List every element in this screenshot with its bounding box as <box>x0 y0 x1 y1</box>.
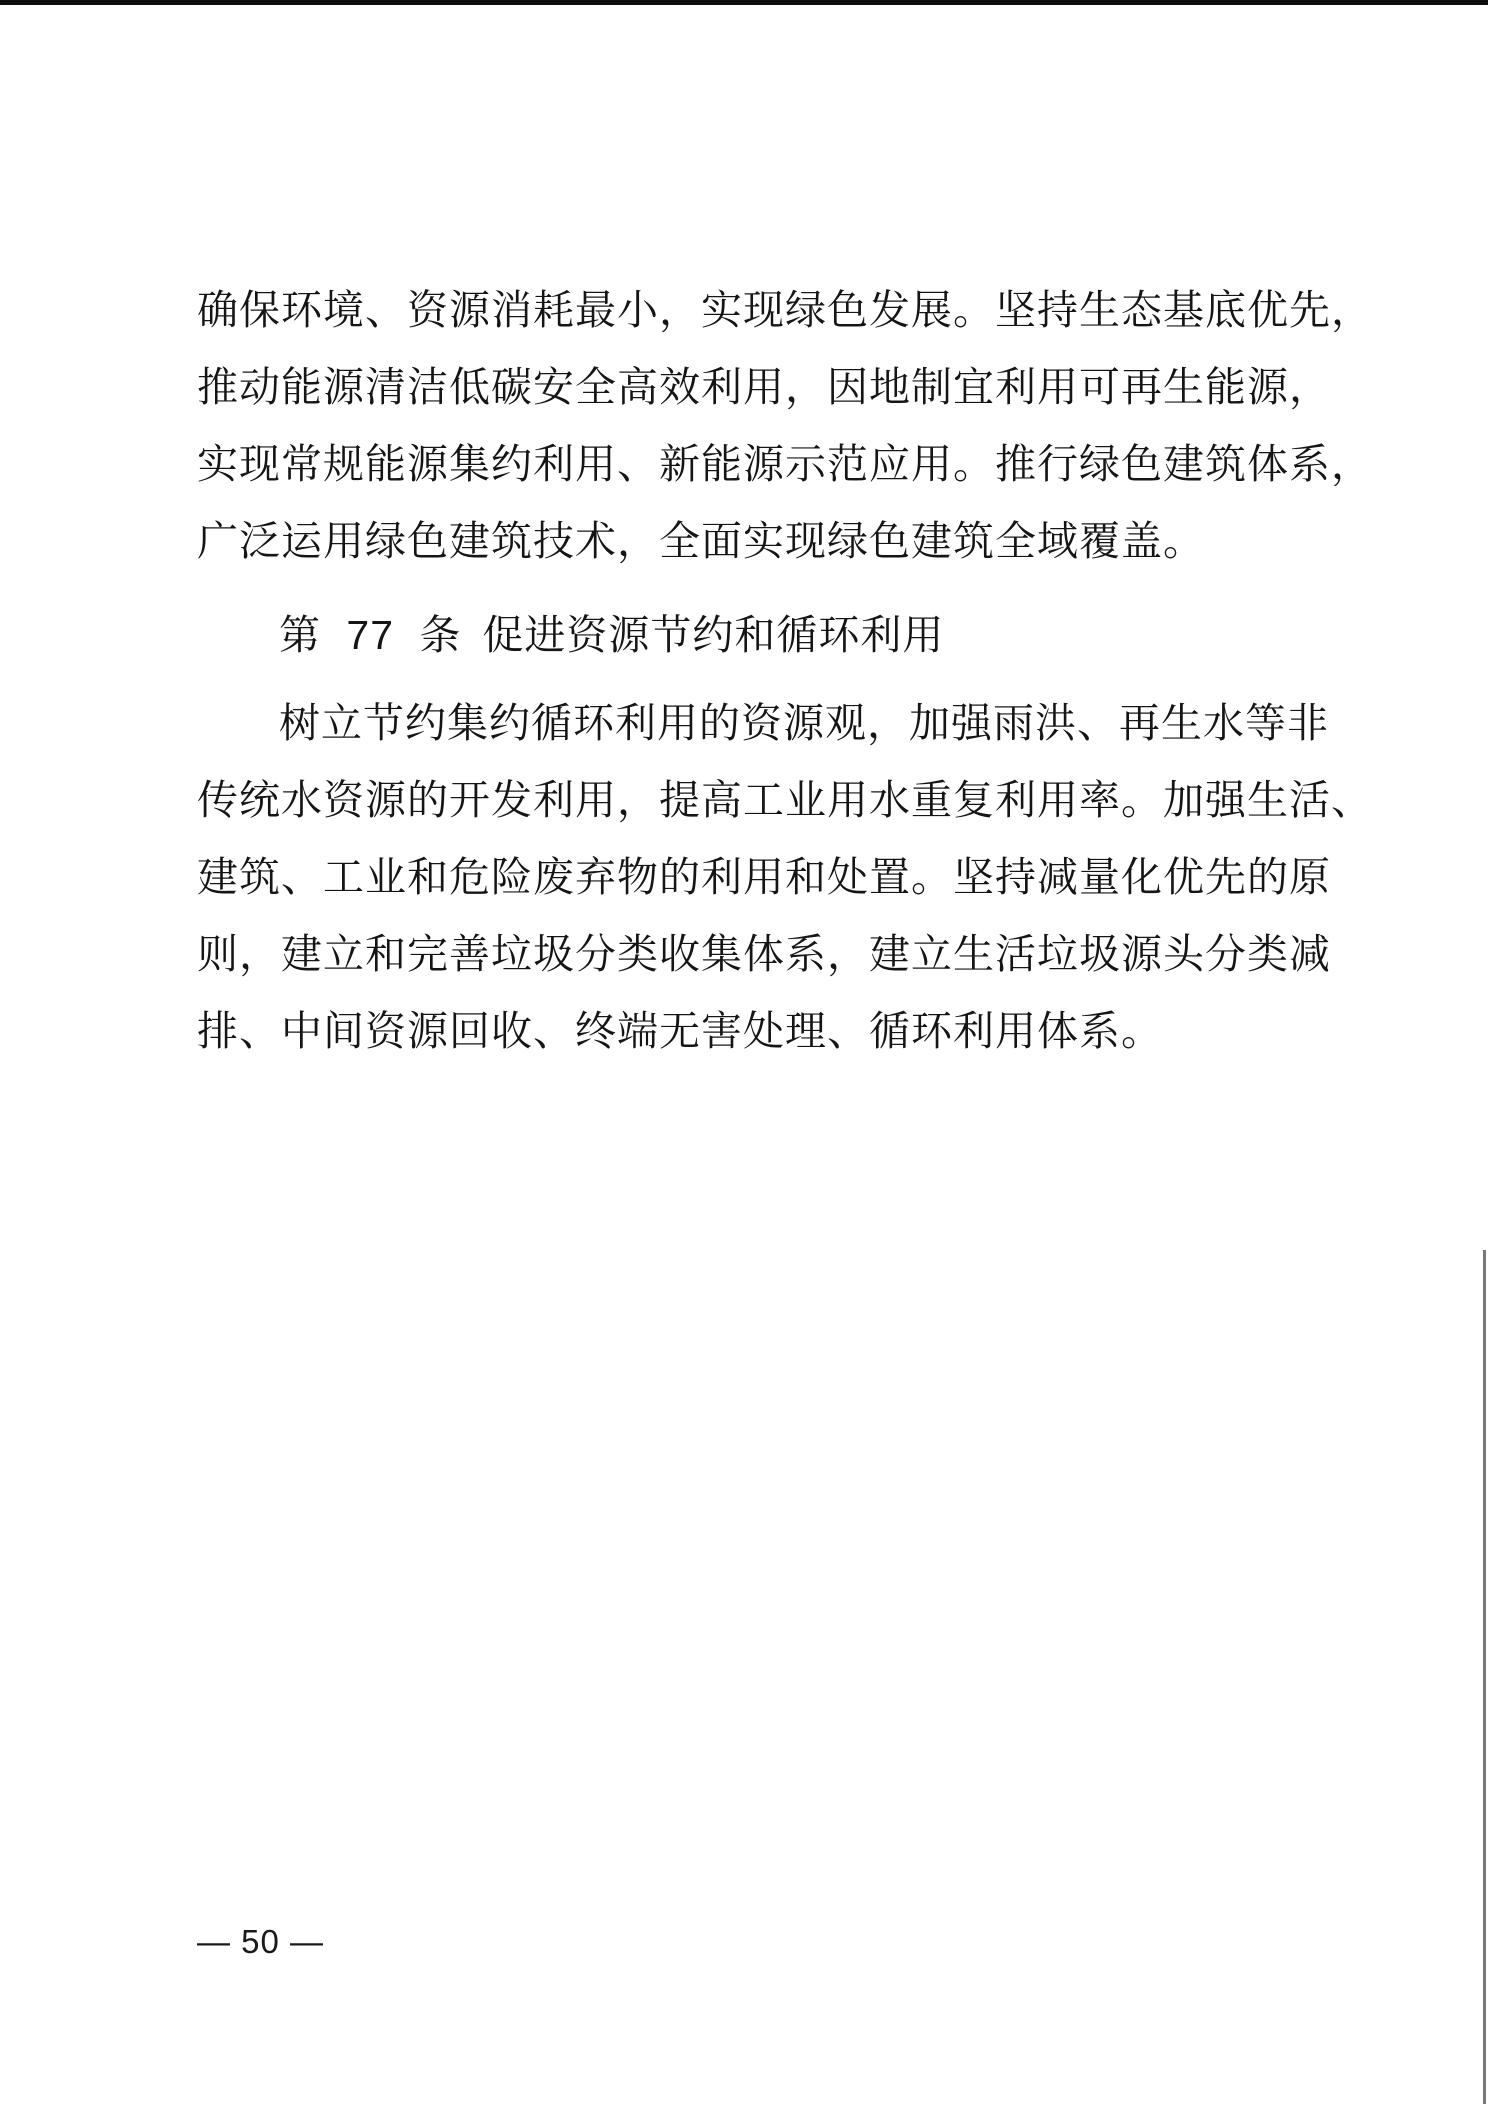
scan-edge-right-artifact <box>1483 1250 1486 2104</box>
paragraph-green-development: 确保环境、资源消耗最小，实现绿色发展。坚持生态基底优先， 推动能源清洁低碳安全高… <box>197 272 1327 580</box>
text-line: 实现常规能源集约利用、新能源示范应用。推行绿色建筑体系， <box>197 426 1327 503</box>
text-line: 推动能源清洁低碳安全高效利用，因地制宜利用可再生能源， <box>197 349 1327 426</box>
page-body: 确保环境、资源消耗最小，实现绿色发展。坚持生态基底优先， 推动能源清洁低碳安全高… <box>197 272 1327 1070</box>
paragraph-article-77: 树立节约集约循环利用的资源观，加强雨洪、再生水等非 传统水资源的开发利用，提高工… <box>197 685 1327 1070</box>
text-line: 广泛运用绿色建筑技术，全面实现绿色建筑全域覆盖。 <box>197 503 1327 580</box>
page-number: — 50 — <box>197 1923 324 1960</box>
article-number-label: 第 77 条 <box>279 612 461 658</box>
text-line: 树立节约集约循环利用的资源观，加强雨洪、再生水等非 <box>197 685 1327 762</box>
document-page: 确保环境、资源消耗最小，实现绿色发展。坚持生态基底优先， 推动能源清洁低碳安全高… <box>0 0 1488 2104</box>
text-line: 排、中间资源回收、终端无害处理、循环利用体系。 <box>197 993 1327 1070</box>
text-line: 传统水资源的开发利用，提高工业用水重复利用率。加强生活、 <box>197 762 1327 839</box>
text-line: 确保环境、资源消耗最小，实现绿色发展。坚持生态基底优先， <box>197 272 1327 349</box>
text-line: 则，建立和完善垃圾分类收集体系，建立生活垃圾源头分类减 <box>197 916 1327 993</box>
article-title: 促进资源节约和循环利用 <box>482 612 944 658</box>
scan-edge-top-artifact <box>0 0 1488 5</box>
text-line: 建筑、工业和危险废弃物的利用和处置。坚持减量化优先的原 <box>197 839 1327 916</box>
article-heading: 第 77 条促进资源节约和循环利用 <box>197 597 1327 674</box>
page-footer: — 50 — <box>197 1922 324 1962</box>
